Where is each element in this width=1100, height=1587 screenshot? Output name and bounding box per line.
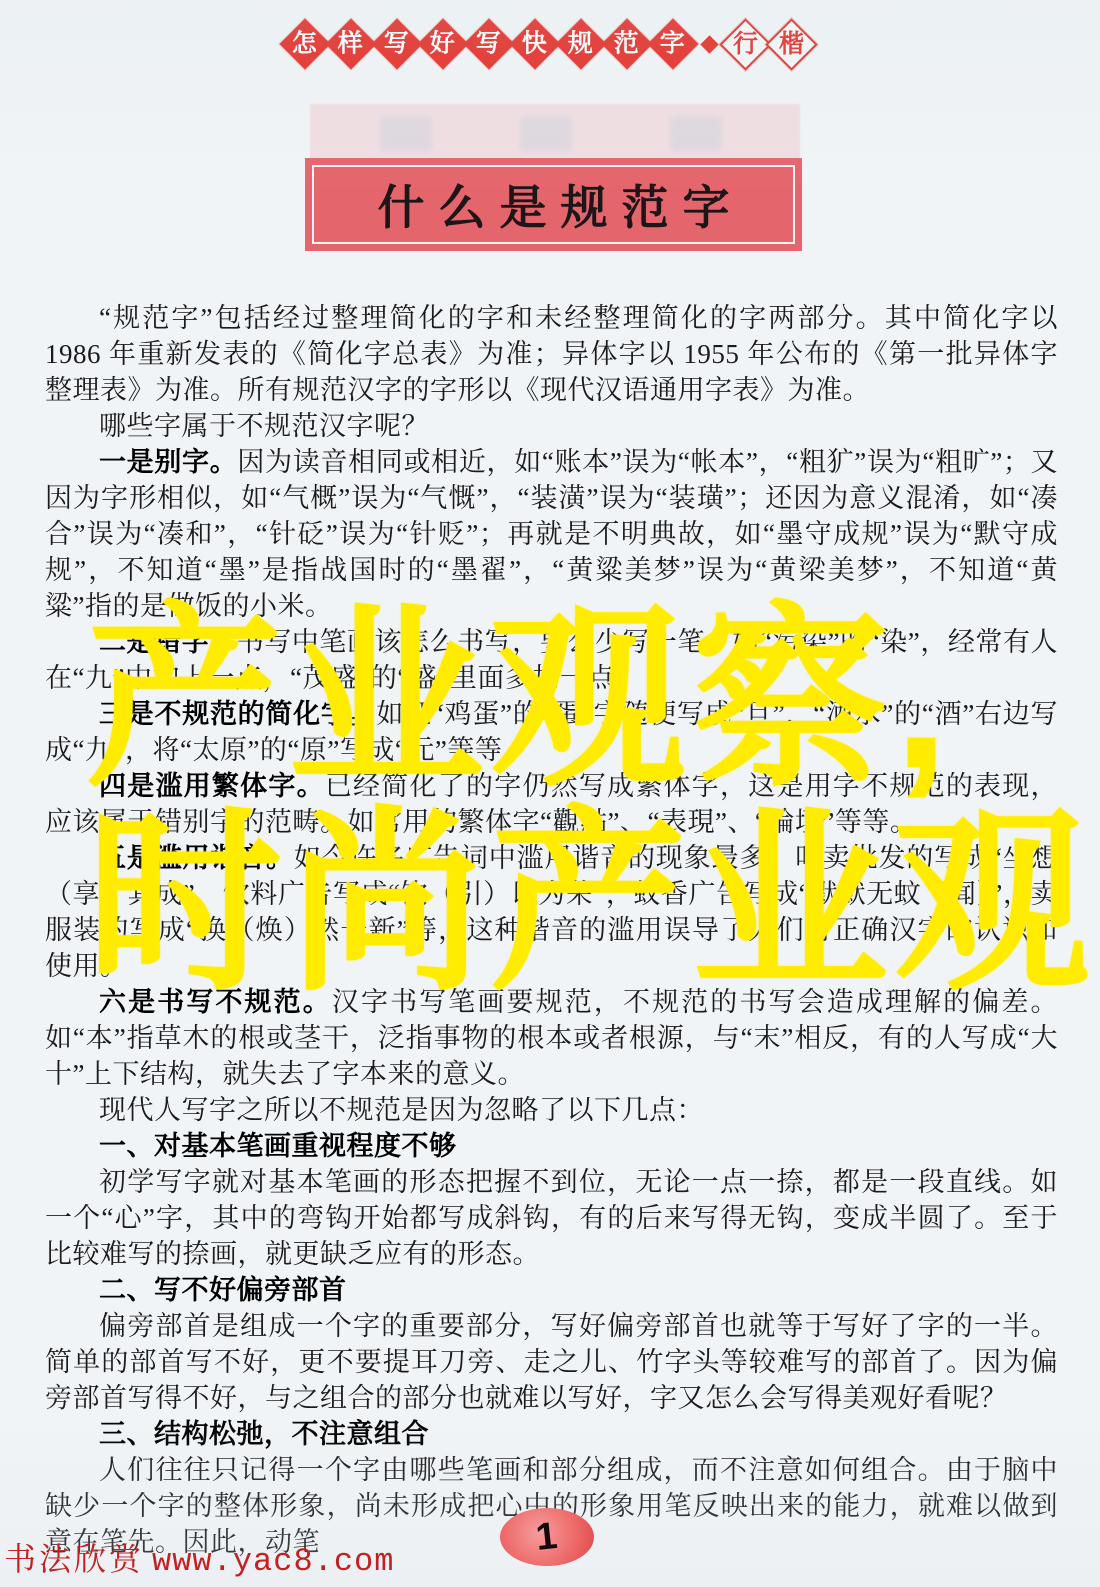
paragraph: 偏旁部首是组成一个字的重要部分，写好偏旁部首也就等于写好了字的一半。简单的部首写… bbox=[45, 1308, 1058, 1416]
header-title-banner: 怎 样 写 好 写 快 规 范 字 行 楷 bbox=[282, 10, 814, 78]
header-diamond: 怎 bbox=[282, 11, 328, 77]
section-heading: 三、结构松弛，不注意组合 bbox=[45, 1416, 1058, 1452]
header-diamond-outlined: 楷 bbox=[768, 11, 814, 77]
paragraph: “规范字”包括经过整理简化的字和未经整理简化的字两部分。其中简化字以 1986 … bbox=[45, 300, 1058, 408]
diamond-char: 范 bbox=[614, 31, 639, 56]
paragraph: 二是错字。书写中笔画该怎么书写，要么少写一笔，如“污染”的“染”，经常有人在“九… bbox=[45, 624, 1058, 696]
header-diamond: 快 bbox=[512, 11, 558, 77]
paragraph-text: “规范字”包括经过整理简化的字和未经整理简化的字两部分。其中简化字以 1986 … bbox=[45, 303, 1058, 405]
red-diamond-icon: 规 bbox=[556, 19, 607, 70]
red-diamond-icon: 写 bbox=[372, 19, 423, 70]
paragraph: 三是不规范的简化字。如把“鸡蛋”的“蛋”字随便写成“旦”，“酒水”的“酒”右边写… bbox=[45, 696, 1058, 768]
header-diamond: 样 bbox=[328, 11, 374, 77]
header-diamond: 字 bbox=[650, 11, 696, 77]
paragraph: 现代人写字之所以不规范是因为忽略了以下几点： bbox=[45, 1092, 1058, 1128]
diamond-char: 行 bbox=[732, 31, 757, 56]
heading-text: 一、对基本笔画重视程度不够 bbox=[99, 1131, 457, 1161]
paragraph-lead: 三是不规范的简化字。 bbox=[99, 699, 376, 729]
header-diamond: 规 bbox=[558, 11, 604, 77]
diamond-char: 规 bbox=[568, 31, 593, 56]
paragraph-text: 初学写字就对基本笔画的形态把握不到位，无论一点一捺，都是一段直线。如一个“心”字… bbox=[45, 1167, 1058, 1269]
paragraph-lead: 五是滥用谐音。 bbox=[99, 843, 294, 873]
bleed-through-artifact bbox=[310, 104, 800, 161]
paragraph: 四是滥用繁体字。已经简化了的字仍然写成繁体字，这是用字不规范的表现，应该属于错别… bbox=[45, 768, 1058, 840]
diamond-char: 快 bbox=[522, 31, 547, 56]
header-diamond-outlined: 行 bbox=[722, 11, 768, 77]
footer-site-url: www.yac8.com bbox=[152, 1543, 394, 1580]
body-text: “规范字”包括经过整理简化的字和未经整理简化的字两部分。其中简化字以 1986 … bbox=[45, 300, 1058, 1560]
paragraph: 六是书写不规范。汉字书写笔画要规范，不规范的书写会造成理解的偏差。如“本”指草木… bbox=[45, 984, 1058, 1092]
paragraph: 一是别字。因为读音相同或相近，如“账本”误为“帐本”，“粗犷”误为“粗旷”；又因… bbox=[45, 444, 1058, 624]
page-title: 什么是规范字 bbox=[364, 171, 744, 238]
chapter-title-box: 什么是规范字 bbox=[305, 158, 802, 251]
header-diamond: 范 bbox=[604, 11, 650, 77]
paragraph-text: 现代人写字之所以不规范是因为忽略了以下几点： bbox=[99, 1095, 704, 1125]
heading-text: 三、结构松弛，不注意组合 bbox=[99, 1419, 429, 1449]
paragraph-lead: 六是书写不规范。 bbox=[99, 987, 332, 1017]
heading-text: 二、写不好偏旁部首 bbox=[99, 1275, 347, 1305]
diamond-char: 楷 bbox=[778, 31, 803, 56]
red-diamond-icon: 快 bbox=[510, 19, 561, 70]
diamond-char: 写 bbox=[384, 31, 409, 56]
paragraph: 五是滥用谐音。如今许多广告词中滥用谐音的现象最多。叫卖批发的写成“坐想（享）其成… bbox=[45, 840, 1058, 984]
footer-site-name: 书法欣赏 bbox=[4, 1541, 144, 1577]
section-heading: 二、写不好偏旁部首 bbox=[45, 1272, 1058, 1308]
header-diamond: 好 bbox=[420, 11, 466, 77]
scanned-book-page: 怎 样 写 好 写 快 规 范 字 行 楷 什么是规范字 “规范字”包括经过整理… bbox=[0, 0, 1100, 1587]
red-diamond-icon: 写 bbox=[464, 19, 515, 70]
paragraph-text: 哪些字属于不规范汉字呢？ bbox=[99, 411, 429, 441]
header-diamond: 写 bbox=[374, 11, 420, 77]
paragraph-text: 偏旁部首是组成一个字的重要部分，写好偏旁部首也就等于写好了字的一半。简单的部首写… bbox=[45, 1311, 1058, 1413]
red-diamond-icon: 样 bbox=[326, 19, 377, 70]
page-number-badge: 1 bbox=[500, 1508, 594, 1566]
diamond-char: 样 bbox=[338, 31, 363, 56]
paragraph-lead: 一是别字。 bbox=[99, 447, 237, 477]
footer-credit: 书法欣赏 www.yac8.com bbox=[4, 1534, 394, 1580]
red-diamond-icon: 范 bbox=[602, 19, 653, 70]
outlined-diamond-icon: 行 bbox=[719, 18, 771, 70]
outlined-diamond-icon: 楷 bbox=[765, 18, 817, 70]
page-number: 1 bbox=[534, 1515, 560, 1560]
red-diamond-icon: 字 bbox=[648, 19, 699, 70]
diamond-char: 字 bbox=[660, 31, 685, 56]
red-diamond-icon: 怎 bbox=[280, 19, 331, 70]
diamond-char: 好 bbox=[430, 31, 455, 56]
diamond-char: 写 bbox=[476, 31, 501, 56]
paragraph: 初学写字就对基本笔画的形态把握不到位，无论一点一捺，都是一段直线。如一个“心”字… bbox=[45, 1164, 1058, 1272]
section-heading: 一、对基本笔画重视程度不够 bbox=[45, 1128, 1058, 1164]
red-diamond-icon: 好 bbox=[418, 19, 469, 70]
paragraph: 哪些字属于不规范汉字呢？ bbox=[45, 408, 1058, 444]
diamond-char: 怎 bbox=[292, 31, 317, 56]
paragraph-lead: 四是滥用繁体字。 bbox=[99, 771, 325, 801]
paragraph-lead: 二是错字。 bbox=[99, 627, 237, 657]
header-diamond: 写 bbox=[466, 11, 512, 77]
